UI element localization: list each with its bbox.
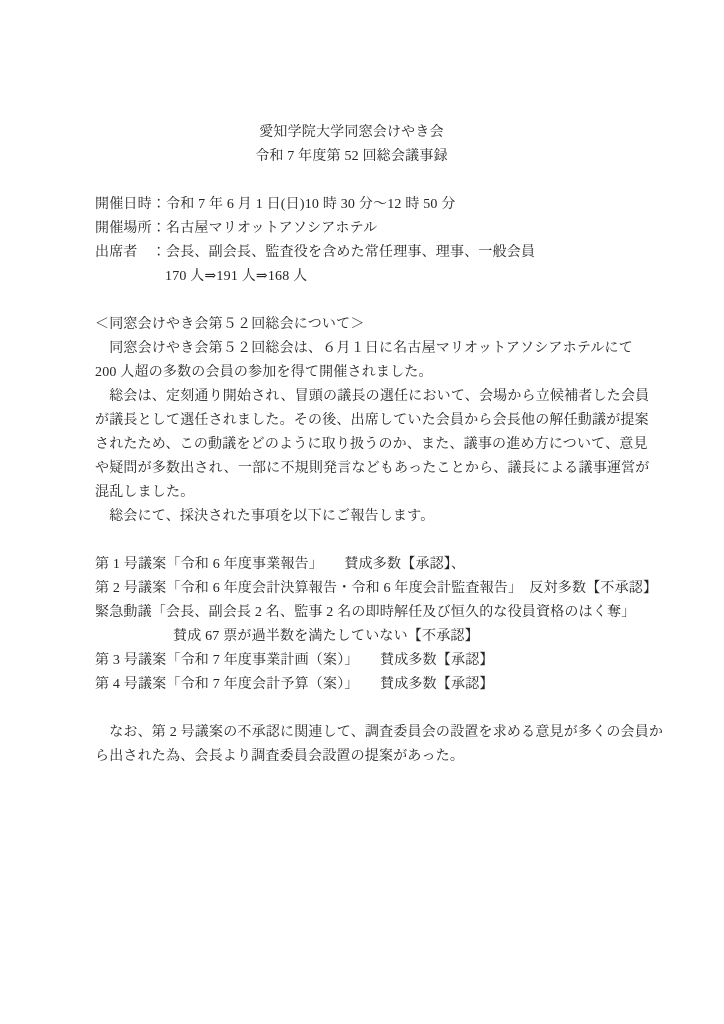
meta-block: 開催日時：令和 7 年 6 月 1 日(日)10 時 30 分～12 時 50 …	[95, 193, 636, 289]
closing-line-2: ら出された為、会長より調査委員会設置の提案があった。	[95, 745, 636, 769]
body-line-3: 総会は、定刻通り開始され、冒頭の議長の選任において、会場から立候補者した会員	[95, 385, 636, 409]
agenda-line-5: 第 3 号議案「令和 7 年度事業計画（案）」 賛成多数【承認】	[95, 649, 636, 673]
agenda-line-4-vote-result: 賛成 67 票が過半数を満たしていない【不承認】	[95, 625, 636, 649]
doc-title-line-2: 令和 7 年度第 52 回総会議事録	[81, 145, 622, 169]
meta-line-attendees: 出席者 ：会長、副会長、監査役を含めた常任理事、理事、一般会員	[95, 241, 636, 265]
body-line-7: 混乱しました。	[95, 481, 636, 505]
agenda-results-block: 第 1 号議案「令和 6 年度事業報告」 賛成多数【承認】、 第 2 号議案「令…	[95, 553, 636, 697]
meta-line-attendee-count: 170 人⇒191 人⇒168 人	[95, 265, 636, 289]
meta-line-datetime: 開催日時：令和 7 年 6 月 1 日(日)10 時 30 分～12 時 50 …	[95, 193, 636, 217]
body-line-6: や疑問が多数出され、一部に不規則発言などもあったことから、議長による議事運営が	[95, 457, 636, 481]
document-title-block: 愛知学院大学同窓会けやき会 令和 7 年度第 52 回総会議事録	[81, 121, 622, 169]
body-line-1: 同窓会けやき会第５２回総会は、６月１日に名古屋マリオットアソシアホテルにて	[95, 337, 636, 361]
body-line-4: が議長として選任されました。その後、出席していた会員から会長他の解任動議が提案	[95, 409, 636, 433]
body-line-5: されたため、この動議をどのように取り扱うのか、また、議事の進め方について、意見	[95, 433, 636, 457]
closing-line-1: なお、第 2 号議案の不承認に関連して、調査委員会の設置を求める意見が多くの会員…	[95, 721, 636, 745]
agenda-line-3: 緊急動議「会長、副会長 2 名、監事 2 名の即時解任及び恒久的な役員資格のはく…	[95, 601, 636, 625]
agenda-line-2: 第 2 号議案「令和 6 年度会計決算報告・令和 6 年度会計監査報告」 反対多…	[95, 577, 636, 601]
document-page: 愛知学院大学同窓会けやき会 令和 7 年度第 52 回総会議事録 開催日時：令和…	[0, 0, 724, 1024]
agenda-line-6: 第 4 号議案「令和 7 年度会計予算（案）」 賛成多数【承認】	[95, 673, 636, 697]
doc-title-line-1: 愛知学院大学同窓会けやき会	[81, 121, 622, 145]
general-meeting-section: ＜同窓会けやき会第５２回総会について＞ 同窓会けやき会第５２回総会は、６月１日に…	[95, 313, 636, 529]
meta-line-venue: 開催場所：名古屋マリオットアソシアホテル	[95, 217, 636, 241]
closing-note-block: なお、第 2 号議案の不承認に関連して、調査委員会の設置を求める意見が多くの会員…	[95, 721, 636, 769]
body-line-2: 200 人超の多数の会員の参加を得て開催されました。	[95, 361, 636, 385]
section-heading: ＜同窓会けやき会第５２回総会について＞	[95, 313, 636, 337]
agenda-line-1: 第 1 号議案「令和 6 年度事業報告」 賛成多数【承認】、	[95, 553, 636, 577]
body-line-8: 総会にて、採決された事項を以下にご報告します。	[95, 505, 636, 529]
